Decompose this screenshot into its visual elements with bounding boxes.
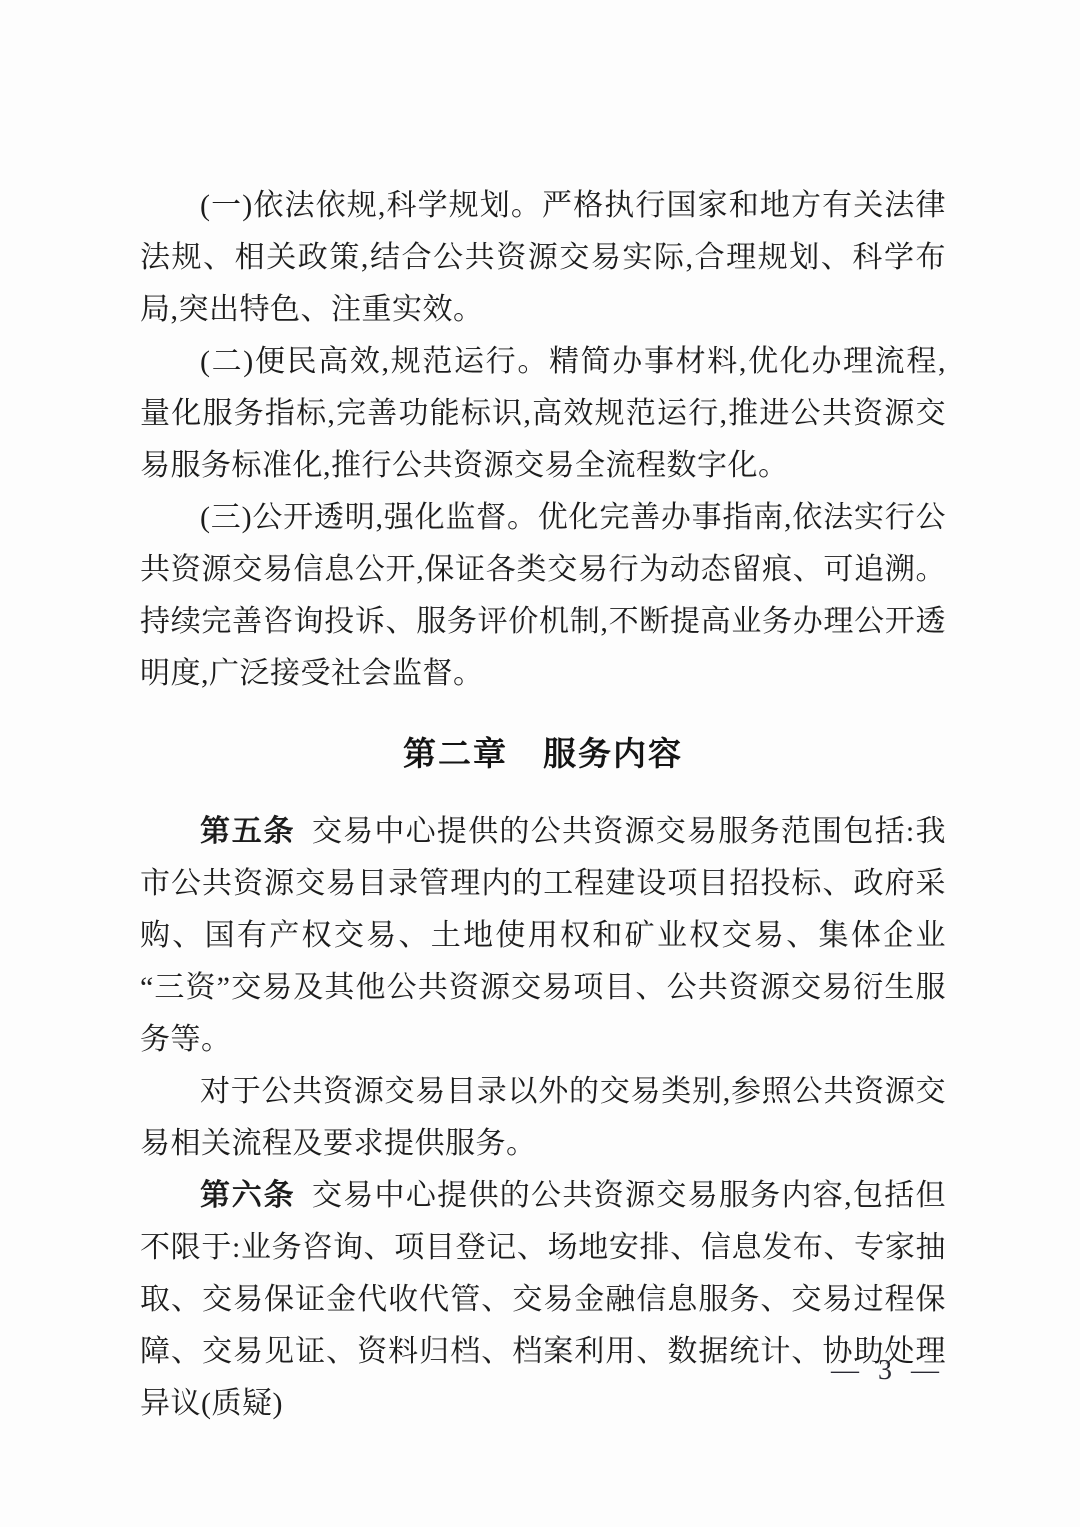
article-number-label: 第六条 [200,1179,295,1212]
paragraph-article-5-continuation: 对于公共资源交易目录以外的交易类别,参照公共资源交易相关流程及要求提供服务。 [140,1066,946,1170]
paragraph-text: (三)公开透明,强化监督。优化完善办事指南,依法实行公共资源交易信息公开,保证各… [140,501,946,690]
article-number-label: 第五条 [200,815,295,848]
page-number: — 3 — [831,1355,945,1387]
paragraph-article-5: 第五条交易中心提供的公共资源交易服务范围包括:我市公共资源交易目录管理内的工程建… [140,806,946,1066]
paragraph-text: (一)依法依规,科学规划。严格执行国家和地方有关法律法规、相关政策,结合公共资源… [140,189,946,326]
document-page: (一)依法依规,科学规划。严格执行国家和地方有关法律法规、相关政策,结合公共资源… [0,0,1080,1527]
document-body: (一)依法依规,科学规划。严格执行国家和地方有关法律法规、相关政策,结合公共资源… [140,180,946,1430]
paragraph-article-6: 第六条交易中心提供的公共资源交易服务内容,包括但不限于:业务咨询、项目登记、场地… [140,1170,946,1430]
paragraph-item-3: (三)公开透明,强化监督。优化完善办事指南,依法实行公共资源交易信息公开,保证各… [140,492,946,700]
paragraph-text: 交易中心提供的公共资源交易服务范围包括:我市公共资源交易目录管理内的工程建设项目… [140,815,946,1056]
paragraph-item-1: (一)依法依规,科学规划。严格执行国家和地方有关法律法规、相关政策,结合公共资源… [140,180,946,336]
paragraph-text: 交易中心提供的公共资源交易服务内容,包括但不限于:业务咨询、项目登记、场地安排、… [140,1179,946,1420]
paragraph-item-2: (二)便民高效,规范运行。精简办事材料,优化办理流程,量化服务指标,完善功能标识… [140,336,946,492]
paragraph-text: (二)便民高效,规范运行。精简办事材料,优化办理流程,量化服务指标,完善功能标识… [140,345,946,482]
chapter-heading: 第二章 服务内容 [140,728,946,780]
paragraph-text: 对于公共资源交易目录以外的交易类别,参照公共资源交易相关流程及要求提供服务。 [140,1075,946,1160]
